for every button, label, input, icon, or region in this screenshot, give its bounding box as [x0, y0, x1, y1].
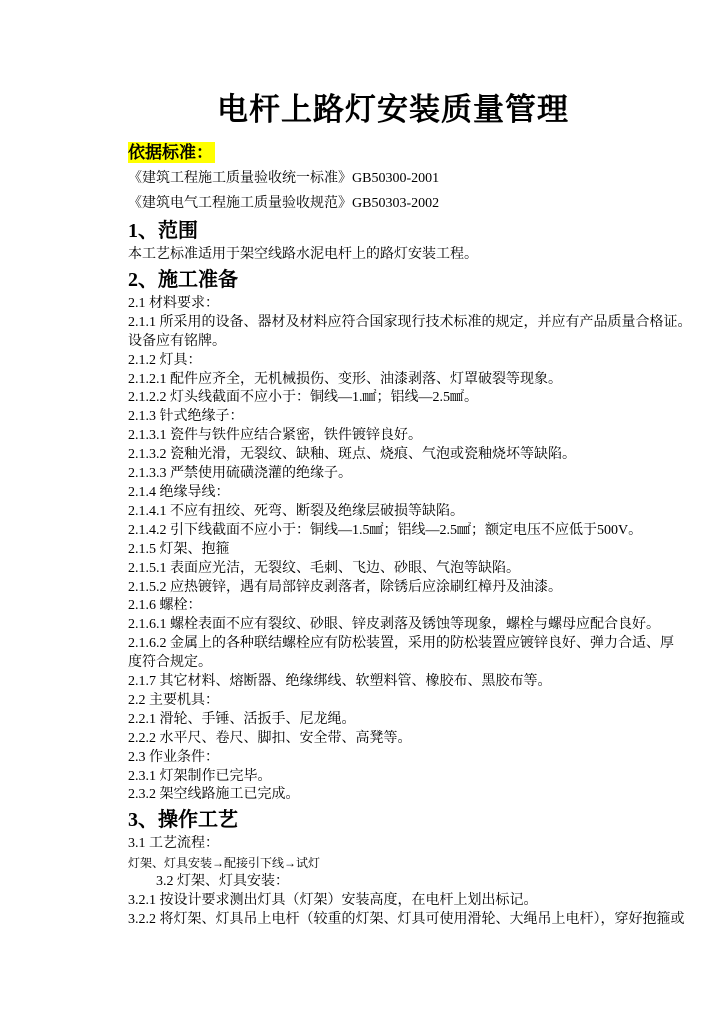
doc-line: 2.1.6.1 螺栓表面不应有裂纹、砂眼、锌皮剥落及锈蚀等现象，螺栓与螺母应配合…	[128, 616, 658, 635]
doc-line: 3.2.1 按设计要求测出灯具（灯架）安装高度，在电杆上划出标记。	[128, 892, 658, 911]
section-heading: 1、范围	[128, 218, 658, 245]
doc-line: 2.1.3.2 瓷釉光滑，无裂纹、缺釉、斑点、烧痕、气泡或瓷釉烧坏等缺陷。	[128, 446, 658, 465]
basis-heading-line: 依据标准：	[128, 140, 658, 166]
document-title: 电杆上路灯安装质量管理	[128, 92, 658, 128]
doc-line: 3.1 工艺流程：	[128, 835, 658, 854]
doc-line: 2.3.2 架空线路施工已完成。	[128, 786, 658, 805]
doc-line: 2.1.2 灯具：	[128, 352, 658, 371]
reference-line: 《建筑工程施工质量验收统一标准》GB50300-2001	[128, 166, 658, 191]
doc-line: 2.1.1 所采用的设备、器材及材料应符合国家现行技术标准的规定，并应有产品质量…	[128, 314, 658, 333]
doc-line: 2.2.2 水平尺、卷尺、脚扣、安全带、高凳等。	[128, 730, 658, 749]
doc-line: 度符合规定。	[128, 654, 658, 673]
doc-line: 本工艺标准适用于架空线路水泥电杆上的路灯安装工程。	[128, 246, 658, 265]
doc-line: 3.2 灯架、灯具安装：	[128, 873, 658, 892]
doc-line: 2.1.4 绝缘导线：	[128, 484, 658, 503]
reference-line: 《建筑电气工程施工质量验收规范》GB50303-2002	[128, 191, 658, 216]
doc-line: 2.1.3.3 严禁使用硫磺浇灌的绝缘子。	[128, 465, 658, 484]
doc-line: 2.1.4.2 引下线截面不应小于：铜线—1.5㎟；铝线—2.5㎟；额定电压不应…	[128, 522, 658, 541]
document-body: 依据标准：《建筑工程施工质量验收统一标准》GB50300-2001《建筑电气工程…	[128, 140, 658, 930]
section-heading: 2、施工准备	[128, 267, 658, 294]
flow-steps-line: 灯架、灯具安装→配接引下线→试灯	[128, 854, 658, 873]
document-page: 电杆上路灯安装质量管理 依据标准：《建筑工程施工质量验收统一标准》GB50300…	[0, 0, 724, 1024]
doc-line: 3.2.2 将灯架、灯具吊上电杆（较重的灯架、灯具可使用滑轮、大绳吊上电杆），穿…	[128, 911, 658, 930]
doc-line: 2.2.1 滑轮、手锤、活扳手、尼龙绳。	[128, 711, 658, 730]
doc-line: 2.3 作业条件：	[128, 749, 658, 768]
doc-line: 2.1.5.2 应热镀锌，遇有局部锌皮剥落者，除锈后应涂刷红樟丹及油漆。	[128, 579, 658, 598]
doc-line: 2.1.6 螺栓：	[128, 597, 658, 616]
doc-line: 2.3.1 灯架制作已完毕。	[128, 768, 658, 787]
doc-line: 2.2 主要机具：	[128, 692, 658, 711]
section-heading: 3、操作工艺	[128, 807, 658, 834]
doc-line: 2.1.2.1 配件应齐全，无机械损伤、变形、油漆剥落、灯罩破裂等现象。	[128, 371, 658, 390]
doc-line: 2.1.5 灯架、抱箍	[128, 541, 658, 560]
doc-line: 2.1 材料要求：	[128, 295, 658, 314]
doc-line: 2.1.3 针式绝缘子：	[128, 408, 658, 427]
doc-line: 2.1.2.2 灯头线截面不应小于：铜线—1.㎟；铝线—2.5㎟。	[128, 389, 658, 408]
doc-line: 2.1.5.1 表面应光洁，无裂纹、毛刺、飞边、砂眼、气泡等缺陷。	[128, 560, 658, 579]
doc-line: 设备应有铭牌。	[128, 333, 658, 352]
doc-line: 2.1.7 其它材料、熔断器、绝缘绑线、软塑料管、橡胶布、黑胶布等。	[128, 673, 658, 692]
doc-line: 2.1.4.1 不应有扭绞、死弯、断裂及绝缘层破损等缺陷。	[128, 503, 658, 522]
doc-line: 2.1.6.2 金属上的各种联结螺栓应有防松装置，采用的防松装置应镀锌良好、弹力…	[128, 635, 658, 654]
highlighted-text: 依据标准：	[128, 142, 215, 163]
doc-line: 2.1.3.1 瓷件与铁件应结合紧密，铁件镀锌良好。	[128, 427, 658, 446]
